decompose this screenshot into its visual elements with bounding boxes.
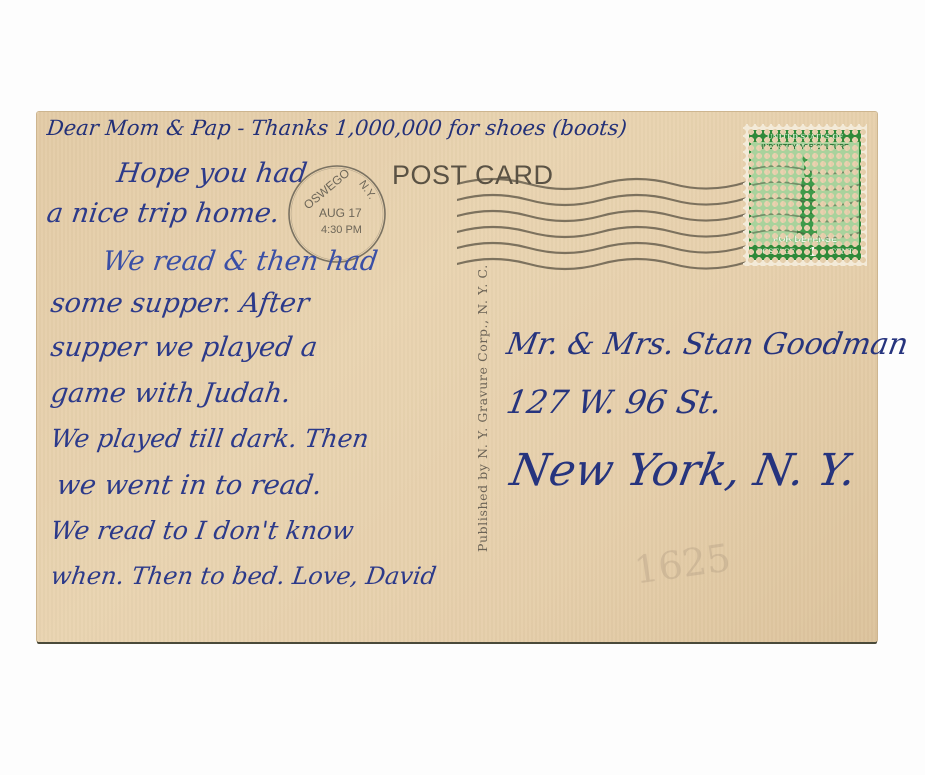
stamp-country: UNITED STATES OF AMERICA	[751, 132, 859, 142]
message-line: We read to I don't know	[49, 516, 356, 545]
message-line: when. Then to bed. Love, David	[49, 562, 438, 590]
postage-stamp: UNITED STATES OF AMERICA INDUSTRY AGRICU…	[743, 124, 867, 266]
message-line: Dear Mom & Pap - Thanks 1,000,000 for sh…	[46, 116, 628, 140]
postmark-date: AUG 17	[319, 206, 362, 220]
message-line: some supper. After	[49, 288, 311, 319]
address-recipient: Mr. & Mrs. Stan Goodman	[504, 327, 911, 362]
message-line: game with Judah.	[49, 378, 293, 409]
address-street: 127 W. 96 St.	[504, 383, 725, 421]
postmark-time: 4:30 PM	[321, 224, 362, 236]
post-card-heading: POST CARD	[392, 160, 554, 191]
address-city: New York, N. Y.	[507, 445, 861, 496]
message-line: a nice trip home.	[45, 198, 282, 229]
publisher-text: Published by N. Y. Gravure Corp., N. Y. …	[475, 264, 490, 552]
stamp-postage-label: POSTAGE	[757, 247, 795, 256]
message-line: We read & then had	[101, 246, 380, 277]
pencil-note: 1625	[631, 535, 733, 592]
postcard: POST CARD OSWEGO N.Y. AUG 17 4:30 PM Pub…	[37, 112, 877, 642]
message-line: Hope you had	[115, 158, 309, 189]
stamp-subtitle: INDUSTRY AGRICULTURE	[751, 144, 859, 151]
stamp-cent-label: CENT	[830, 247, 853, 256]
statue-of-liberty-icon	[787, 156, 827, 236]
stamp-design: UNITED STATES OF AMERICA INDUSTRY AGRICU…	[749, 130, 861, 260]
stamp-slogan: FOR DEFENSE	[751, 234, 859, 244]
message-line: we went in to read.	[55, 470, 324, 501]
stamp-denomination: 1	[809, 245, 817, 259]
publisher-imprint: Published by N. Y. Gravure Corp., N. Y. …	[475, 232, 495, 552]
message-line: We played till dark. Then	[49, 424, 371, 453]
stamp-denomination-bar: POSTAGE 1 CENT	[751, 245, 859, 258]
message-line: supper we played a	[49, 332, 320, 363]
